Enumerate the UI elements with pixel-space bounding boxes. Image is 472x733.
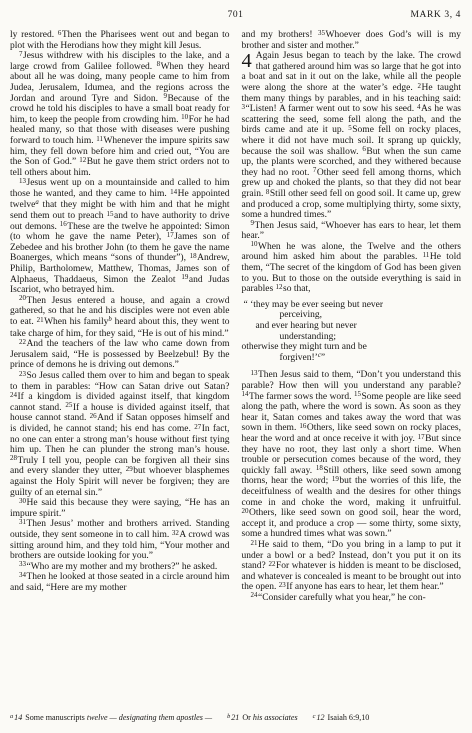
verse-number: 30 <box>19 497 27 505</box>
right-column: and my brothers! 35Whoever does God’s wi… <box>242 30 462 603</box>
verse-number: 27 <box>194 423 202 431</box>
poetry-line: understanding; <box>242 332 462 343</box>
verse-number: 10 <box>251 240 259 248</box>
verse-number: 35 <box>318 29 326 37</box>
page-header: 701 MARK 3, 4 <box>10 10 461 23</box>
verse-number: 9 <box>251 219 255 227</box>
footnote-marker: c <box>318 352 321 359</box>
paragraph: 21He said to them, “Do you bring in a la… <box>242 540 462 593</box>
verse-number: 2 <box>417 82 421 90</box>
verse-number: 22 <box>19 338 27 346</box>
chapter-paragraph: 4Again Jesus began to teach by the lake.… <box>242 51 462 221</box>
verse-number: 6 <box>58 29 62 37</box>
verse-number: 7 <box>313 166 317 174</box>
verse-number: 16 <box>299 422 307 430</box>
verse-number: 19 <box>332 475 340 483</box>
verse-number: 18 <box>190 252 198 260</box>
verse-number: 6 <box>362 145 366 153</box>
verse-number: 21 <box>251 539 259 547</box>
poetry-line: forgiven!’c” <box>242 353 462 365</box>
verse-number: 12 <box>79 156 87 164</box>
verse-number: 15 <box>354 390 362 398</box>
footnote-verse-ref: 12 <box>316 713 327 722</box>
verse-number: 14 <box>170 188 178 196</box>
verse-number: 9 <box>163 92 167 100</box>
verse-number: 24 <box>10 391 18 399</box>
paragraph: 9Then Jesus said, “Whoever has ears to h… <box>242 221 462 242</box>
verse-number: 16 <box>60 220 68 228</box>
verse-number: 32 <box>172 529 180 537</box>
italic-text: his associates <box>253 713 298 722</box>
verse-number: 13 <box>19 177 27 185</box>
paragraph: 13Jesus went up on a mountainside and ca… <box>10 178 230 296</box>
verse-number: 24 <box>251 591 259 599</box>
verse-number: 18 <box>316 464 324 472</box>
footnote: c12Isaiah 6:9,10 <box>313 713 370 723</box>
verse-number: 21 <box>37 316 45 324</box>
paragraph: 33“Who are my mother and my brothers?” h… <box>10 562 230 573</box>
verse-number: 4 <box>417 103 421 111</box>
verse-number: 33 <box>19 560 27 568</box>
poetry-line: otherwise they might turn and be <box>242 342 462 353</box>
poetry-line: perceiving, <box>242 310 462 321</box>
verse-number: 15 <box>107 210 115 218</box>
verse-number: 29 <box>126 465 134 473</box>
paragraph: 23So Jesus called them over to him and b… <box>10 371 230 498</box>
footnotes-row: a14Some manuscripts twelve — designating… <box>10 713 461 723</box>
poetry-block: “ ‘they may be ever seeing but neverperc… <box>242 300 462 365</box>
bible-page: 701 MARK 3, 4 ly restored. 6Then the Pha… <box>0 0 472 733</box>
chapter-number: 4 <box>242 51 256 70</box>
paragraph: 24“Consider carefully what you hear,” he… <box>242 593 462 604</box>
verse-number: 17 <box>418 433 426 441</box>
footnote-marker: a <box>35 199 38 206</box>
footnote-letter: b <box>227 713 231 720</box>
verse-number: 25 <box>65 401 73 409</box>
verse-number: 11 <box>423 251 430 259</box>
verse-number: 8 <box>266 188 270 196</box>
verse-number: 22 <box>268 560 276 568</box>
footnote: a14Some manuscripts twelve — designating… <box>10 713 212 723</box>
verse-number: 19 <box>181 273 189 281</box>
paragraph: 10When he was alone, the Twelve and the … <box>242 242 462 295</box>
paragraph: 7Jesus withdrew with his disciples to th… <box>10 51 230 178</box>
verse-number: 31 <box>19 518 27 526</box>
poetry-line: and ever hearing but never <box>242 321 462 332</box>
paragraph: 20Then Jesus entered a house, and again … <box>10 296 230 339</box>
verse-number: 8 <box>157 60 161 68</box>
italic-text: twelve — designating them apostles — <box>87 713 212 722</box>
paragraph: and my brothers! 35Whoever does God’s wi… <box>242 30 462 51</box>
footnote: b21Or his associates <box>227 713 298 723</box>
verse-number: 26 <box>90 412 98 420</box>
verse-number: 20 <box>19 294 27 302</box>
verse-number: 13 <box>251 369 259 377</box>
paragraph: 22And the teachers of the law who came d… <box>10 339 230 371</box>
verse-number: 34 <box>19 571 27 579</box>
verse-number: 5 <box>348 124 352 132</box>
verse-number: 10 <box>181 113 189 121</box>
verse-number: 28 <box>10 454 18 462</box>
footnote-letter: c <box>313 713 317 720</box>
verse-number: 7 <box>19 50 23 58</box>
paragraph: 13Then Jesus said to them, “Don’t you un… <box>242 370 462 540</box>
verse-number: 14 <box>242 390 250 398</box>
footnote-verse-ref: 14 <box>14 713 25 722</box>
verse-number: 17 <box>167 231 175 239</box>
verse-number: 12 <box>276 283 284 291</box>
poetry-line: “ ‘they may be ever seeing but never <box>242 300 462 311</box>
left-column: ly restored. 6Then the Pharisees went ou… <box>10 30 230 603</box>
paragraph: ly restored. 6Then the Pharisees went ou… <box>10 30 230 51</box>
text-columns: ly restored. 6Then the Pharisees went ou… <box>10 30 461 603</box>
paragraph: 31Then Jesus’ mother and brothers arrive… <box>10 519 230 561</box>
footnote-letter: a <box>10 713 14 720</box>
verse-number: 11 <box>96 135 103 143</box>
verse-number: 23 <box>279 581 287 589</box>
page-number: 701 <box>10 10 461 20</box>
running-head: MARK 3, 4 <box>410 10 461 20</box>
footnote-verse-ref: 21 <box>231 713 242 722</box>
footnote-marker: b <box>108 316 111 323</box>
verse-number: 23 <box>19 370 27 378</box>
paragraph: 34Then he looked at those seated in a ci… <box>10 572 230 593</box>
verse-number: 3 <box>242 103 246 111</box>
verse-number: 20 <box>242 507 250 515</box>
paragraph: 30He said this because they were saying,… <box>10 498 230 519</box>
